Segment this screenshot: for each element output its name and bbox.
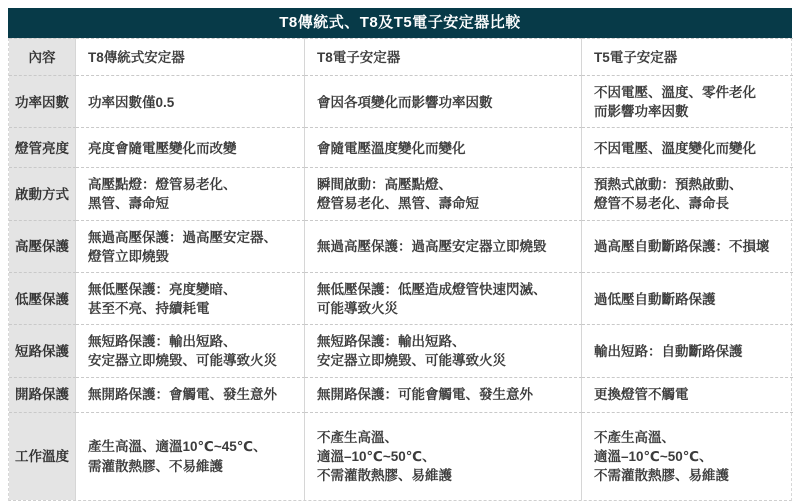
table-cell: 不產生高溫、 適溫–10℃~50℃、 不需灌散熱膠、易維護 <box>305 412 582 500</box>
row-label-low-voltage-protection: 低壓保護 <box>9 272 76 324</box>
table-cell: 不因電壓、溫度變化而變化 <box>582 127 793 167</box>
table-cell: 會隨電壓溫度變化而變化 <box>305 127 582 167</box>
table-cell: 無開路保護：會觸電、發生意外 <box>76 377 305 412</box>
column-header-t5-electronic: T5電子安定器 <box>582 38 793 75</box>
table-cell: 無短路保護：輸出短路、 安定器立即燒毀、可能導致火災 <box>76 324 305 376</box>
row-label-short-circuit-protection: 短路保護 <box>9 324 76 376</box>
column-header-t8-traditional: T8傳統式安定器 <box>76 38 305 75</box>
row-label-high-voltage-protection: 高壓保護 <box>9 220 76 272</box>
table-cell: 過高壓自動斷路保護：不損壞 <box>582 220 793 272</box>
table-cell: 輸出短路：自動斷路保護 <box>582 324 793 376</box>
table-cell: 更換燈管不觸電 <box>582 377 793 412</box>
table-cell: 無過高壓保護：過高壓安定器、 燈管立即燒毀 <box>76 220 305 272</box>
table-cell: 瞬間啟動：高壓點燈、 燈管易老化、黑管、壽命短 <box>305 167 582 219</box>
table-cell: 不產生高溫、 適溫–10℃~50℃、 不需灌散熱膠、易維護 <box>582 412 793 500</box>
row-label-lamp-brightness: 燈管亮度 <box>9 127 76 167</box>
comparison-table: T8傳統式、T8及T5電子安定器比較 內容 T8傳統式安定器 T8電子安定器 T… <box>8 8 792 501</box>
row-label-power-factor: 功率因數 <box>9 75 76 127</box>
table-cell: 無過高壓保護：過高壓安定器立即燒毀 <box>305 220 582 272</box>
table-cell: 無低壓保護：亮度變暗、 甚至不亮、持續耗電 <box>76 272 305 324</box>
table-cell: 亮度會隨電壓變化而改變 <box>76 127 305 167</box>
table-cell: 無開路保護：可能會觸電、發生意外 <box>305 377 582 412</box>
table-cell: 不因電壓、溫度、零件老化 而影響功率因數 <box>582 75 793 127</box>
table-cell: 會因各項變化而影響功率因數 <box>305 75 582 127</box>
table-cell: 過低壓自動斷路保護 <box>582 272 793 324</box>
table-cell: 功率因數僅0.5 <box>76 75 305 127</box>
column-header-t8-electronic: T8電子安定器 <box>305 38 582 75</box>
table-cell: 產生高溫、適溫10℃~45℃、 需灌散熱膠、不易維護 <box>76 412 305 500</box>
row-label-working-temperature: 工作溫度 <box>9 412 76 500</box>
table-cell: 無低壓保護：低壓造成燈管快速閃滅、 可能導致火災 <box>305 272 582 324</box>
row-label-open-circuit-protection: 開路保護 <box>9 377 76 412</box>
table-title: T8傳統式、T8及T5電子安定器比較 <box>8 8 792 38</box>
column-header-content: 內容 <box>9 38 76 75</box>
table-cell: 預熱式啟動：預熱啟動、 燈管不易老化、壽命長 <box>582 167 793 219</box>
row-label-starting-method: 啟動方式 <box>9 167 76 219</box>
table-grid: 內容 T8傳統式安定器 T8電子安定器 T5電子安定器 功率因數 功率因數僅0.… <box>8 38 792 501</box>
table-cell: 高壓點燈：燈管易老化、 黑管、壽命短 <box>76 167 305 219</box>
table-cell: 無短路保護：輸出短路、 安定器立即燒毀、可能導致火災 <box>305 324 582 376</box>
page: T8傳統式、T8及T5電子安定器比較 內容 T8傳統式安定器 T8電子安定器 T… <box>0 0 800 481</box>
